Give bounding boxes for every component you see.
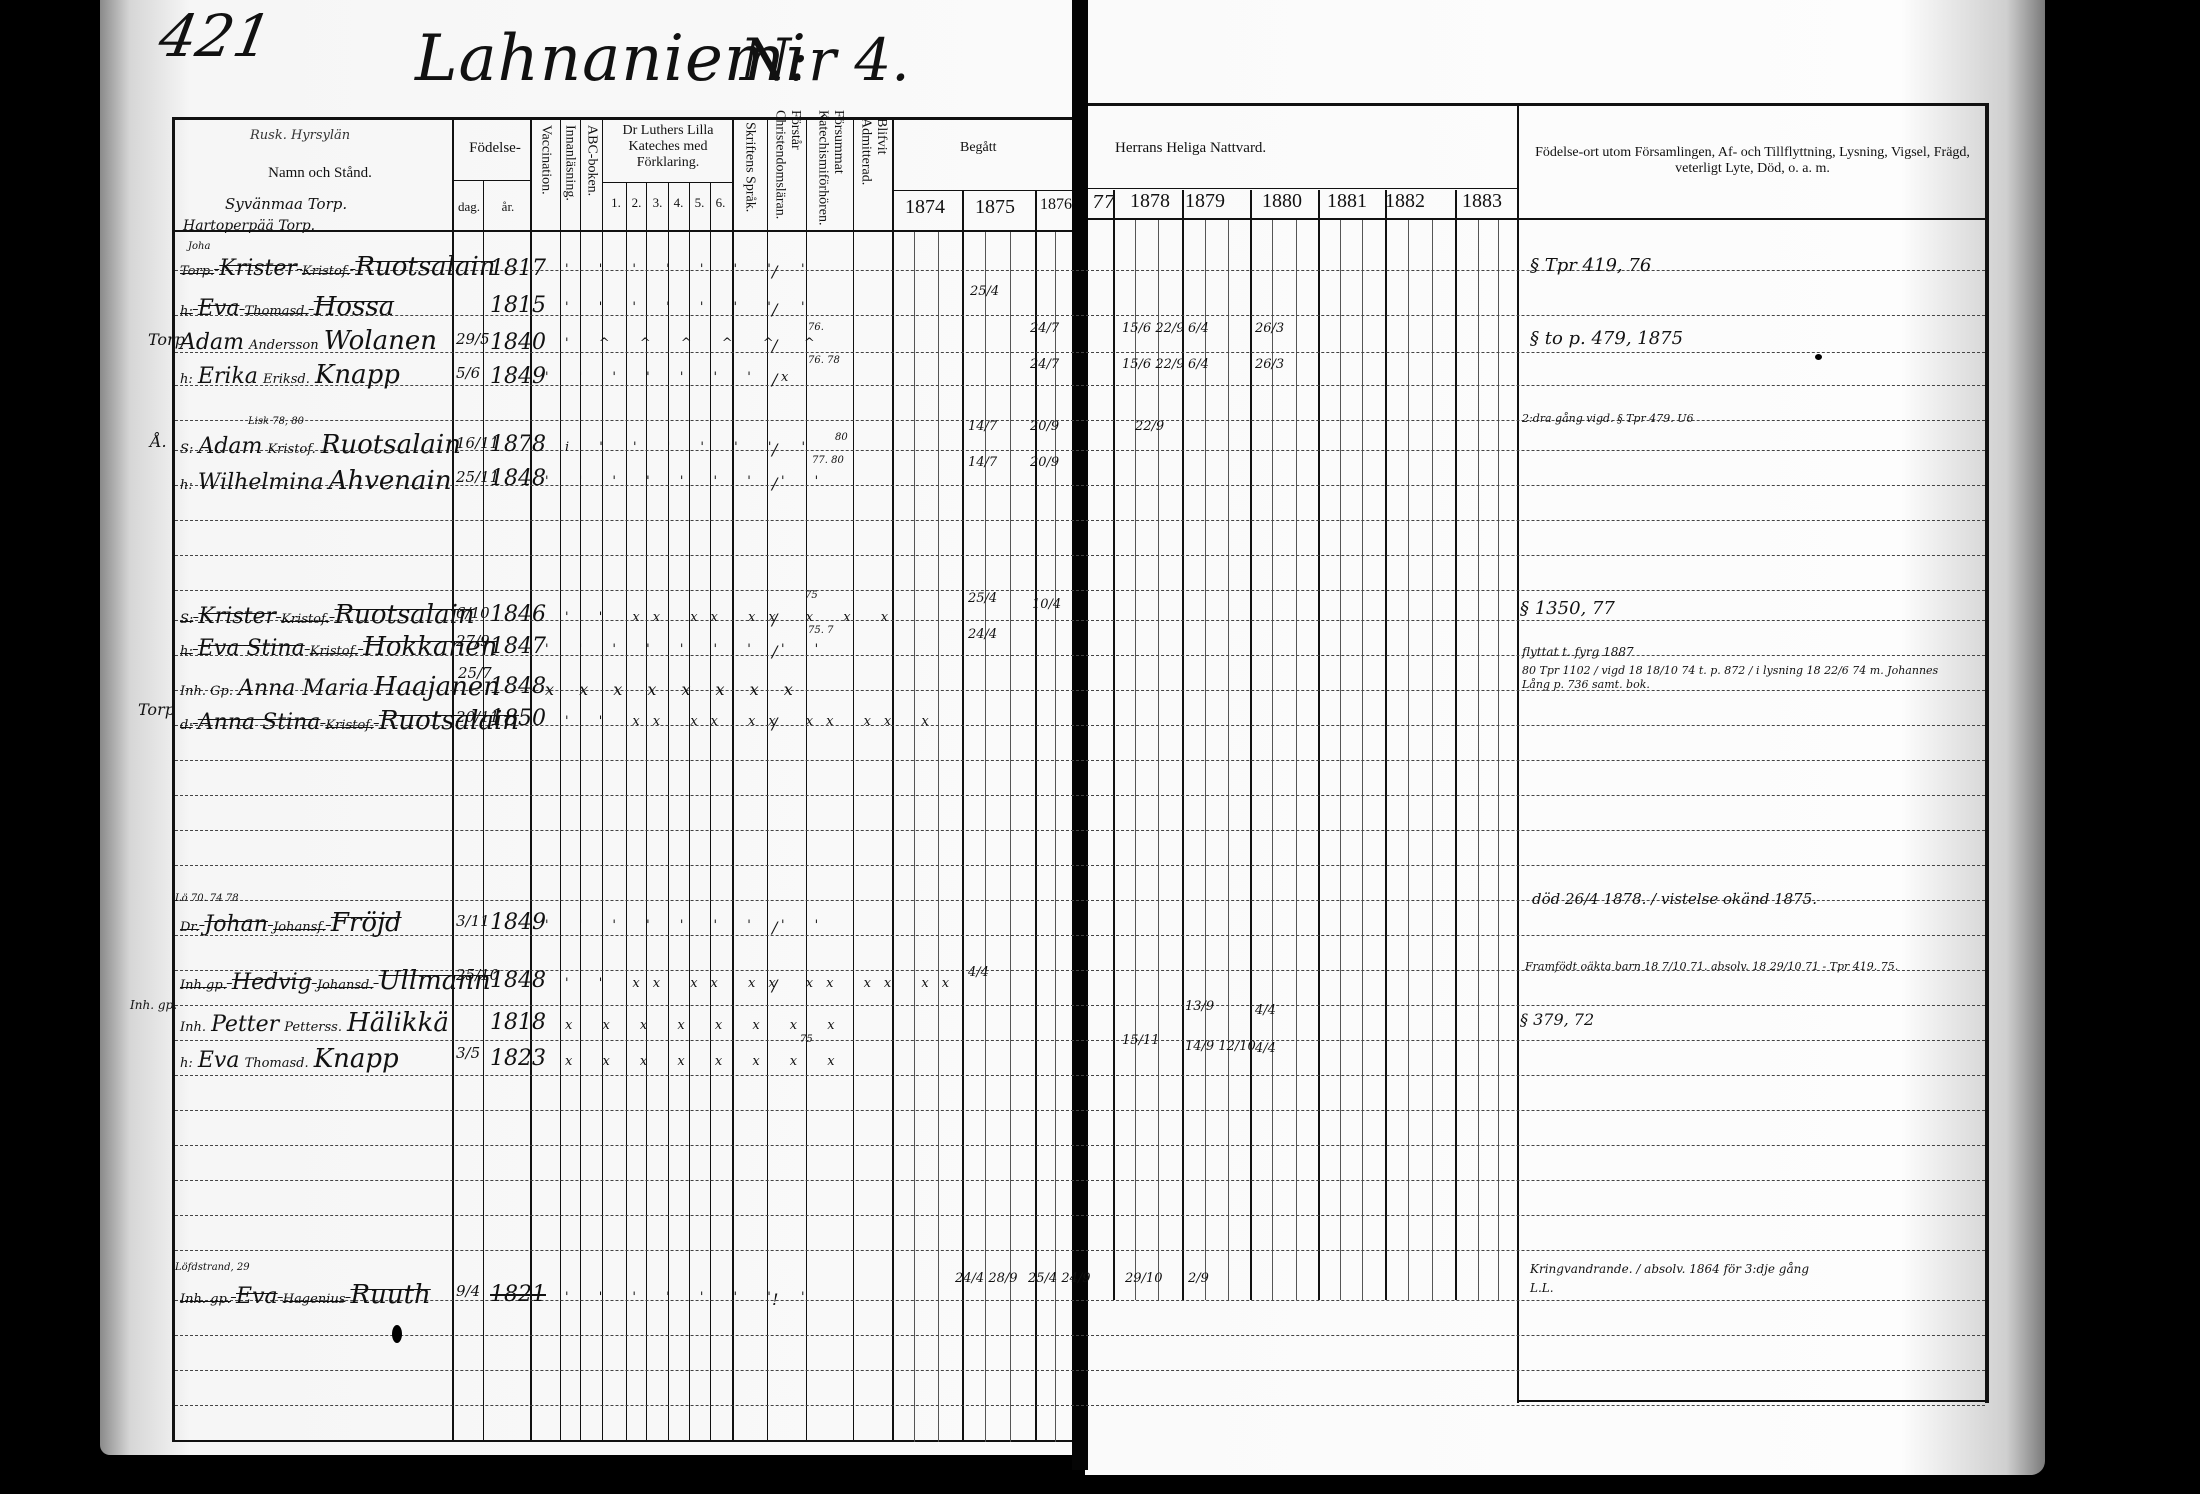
cell-text: Inh. gp. xyxy=(130,998,177,1012)
row-rule xyxy=(175,1180,1985,1181)
table-bottom-border xyxy=(172,1440,1072,1442)
header-admitted: Blifvit Admitterad. xyxy=(858,118,889,218)
cell-text: Wolanen xyxy=(324,326,437,356)
cell-text: Petter xyxy=(211,1012,279,1037)
communion-date: 10/4 xyxy=(1032,598,1061,611)
cell-text: Knapp xyxy=(314,1044,399,1074)
row-rule xyxy=(175,1005,1985,1006)
row-rule xyxy=(175,935,1985,936)
header-scripture-language: Skriftens Språk. xyxy=(742,122,757,227)
year-1874: 1874 xyxy=(905,196,945,219)
remark: flyttat t. fyrg 1887 xyxy=(1522,645,1634,659)
table-rule xyxy=(1010,232,1011,1442)
table-rule xyxy=(914,232,915,1442)
table-rule xyxy=(985,232,986,1442)
birth-year: 1840 xyxy=(490,330,546,355)
cell-text: Anna Stina xyxy=(198,710,321,735)
cell-text: / xyxy=(772,610,777,629)
header-vaccination: Vaccination. xyxy=(538,125,553,225)
table-rule xyxy=(1250,190,1252,1300)
cell-text: Thomasd. xyxy=(245,1056,309,1071)
communion-date: 25/4 xyxy=(970,285,999,298)
cell-text: Johansf. xyxy=(273,920,326,935)
knowledge-marks: ' ' xx xx xx xx xx xx xyxy=(565,976,962,991)
cell-text: Johansd. xyxy=(317,978,374,993)
cell-text: Petterss. xyxy=(284,1020,342,1035)
cell-text: Hossa xyxy=(314,292,395,322)
communion-date: 29/10 xyxy=(1125,1272,1162,1285)
birth-year: 1850 xyxy=(490,706,546,731)
communion-date: 13/9 xyxy=(1185,1000,1214,1013)
birth-year: 1878 xyxy=(490,432,546,457)
cell-text: 1. xyxy=(606,195,626,211)
table-rule xyxy=(1035,190,1037,1442)
cell-text: Ruotsalain xyxy=(321,430,461,460)
cell-text: 80 xyxy=(835,432,848,443)
person-name: Dr. Johan Johansf. Fröjd xyxy=(180,908,402,938)
cell-text: Eva xyxy=(198,296,240,321)
cell-text: Thomasd. xyxy=(245,304,309,319)
row-rule xyxy=(175,1145,1985,1146)
cell-text: / xyxy=(772,714,777,733)
communion-date: 14/7 xyxy=(968,456,997,469)
cell-text: Joha xyxy=(188,241,210,252)
cell-text: Andersson xyxy=(249,338,319,353)
communion-date: 24/4 28/9 xyxy=(955,1272,1018,1285)
communion-date: 22/9 xyxy=(1135,420,1164,433)
cell-text: / xyxy=(772,642,777,661)
year-1879: 1879 xyxy=(1185,190,1225,213)
cell-text: 75 xyxy=(800,1034,813,1045)
cell-text: Krister xyxy=(198,604,276,629)
knowledge-marks: ' ' ' ' ' ' ' ' ' xyxy=(545,918,831,933)
row-rule xyxy=(175,1040,1985,1041)
birth-year: 1847 xyxy=(490,634,546,659)
cell-text: / xyxy=(772,918,777,937)
table-rule xyxy=(1055,232,1056,1442)
birth-year: 1821 xyxy=(490,1282,546,1307)
cell-text: Eva Stina xyxy=(198,636,305,661)
person-name: Inh. Petter Petterss. Hälikkä xyxy=(180,1008,449,1038)
cell-text: Anna Maria xyxy=(238,676,369,701)
cell-text: Johan xyxy=(204,912,268,937)
knowledge-marks: ' ' ' ' ' ' ' ' ' xyxy=(545,474,831,489)
person-name: Inh. Gp. Anna Maria Haajanen xyxy=(180,672,500,702)
row-rule xyxy=(175,1370,1985,1371)
cell-text: 2. xyxy=(626,195,647,211)
header-reading: Innanläsning. xyxy=(562,125,577,225)
communion-date: 2/9 xyxy=(1188,1272,1209,1285)
knowledge-marks: ' ' ' ' ' ' ' ' ' xyxy=(545,642,831,657)
table-rule xyxy=(1517,1400,1989,1402)
person-name: h: Wilhelmina Ahvenain xyxy=(180,466,452,496)
header-communion-a: Begått xyxy=(960,140,997,156)
row-rule xyxy=(175,1110,1985,1111)
person-name: Inh.gp. Hedvig Johansd. Ullmann xyxy=(180,966,491,996)
cell-text: Kristof. xyxy=(310,644,358,659)
header-catechism: Dr Luthers Lilla Kateches med Förklaring… xyxy=(606,123,730,171)
year-1878: 1878 xyxy=(1130,190,1170,213)
communion-date: 24/7 xyxy=(1030,322,1059,335)
communion-date: 4/4 xyxy=(1255,1004,1276,1017)
row-rule xyxy=(175,520,1985,521)
birth-year: 1846 xyxy=(490,602,546,627)
row-rule xyxy=(175,420,1985,421)
cell-text: Wilhelmina xyxy=(198,470,324,495)
table-rule xyxy=(602,182,732,183)
communion-date: 24/4 xyxy=(968,628,997,641)
remark: § 379, 72 xyxy=(1520,1010,1594,1029)
cell-text: Kristof. xyxy=(281,612,329,627)
header-understands-doctrine: Förstår Christendomsläran. xyxy=(772,110,803,230)
knowledge-marks: ' ' ' ' ' ' ' ' xyxy=(565,1290,818,1305)
cell-text: Knapp xyxy=(315,360,400,390)
knowledge-marks: x x x x x x x x xyxy=(565,1018,848,1033)
table-rule xyxy=(452,180,530,181)
cell-text: / xyxy=(772,976,777,995)
cell-text: h: xyxy=(180,644,193,659)
cell-text: Lö 70. 74 78 xyxy=(175,893,239,904)
cell-text: 75. 7 xyxy=(808,625,833,636)
birth-day: 27/9 xyxy=(456,632,490,650)
person-name: h: Erika Eriksd. Knapp xyxy=(180,360,400,390)
knowledge-marks: ' ' ' ' ' ' ' ' xyxy=(565,300,818,315)
cell-text: 77. 80 xyxy=(812,455,844,466)
year-1877-fragment: 77 xyxy=(1092,192,1115,213)
cell-text: h: xyxy=(180,1056,193,1071)
birth-day: 6/10 xyxy=(456,604,490,622)
communion-date: 26/3 xyxy=(1255,358,1284,371)
cell-text: d: xyxy=(180,718,193,733)
cell-text: Inh. xyxy=(180,1020,206,1035)
birth-day: 25/7 xyxy=(458,664,492,682)
communion-date: 20/9 xyxy=(1030,420,1059,433)
year-1876: 1876 xyxy=(1040,196,1072,214)
communion-date: 6/4 xyxy=(1188,322,1209,335)
year-1882: 1882 xyxy=(1385,190,1425,213)
communion-date: 20/9 xyxy=(1030,456,1059,469)
communion-date: 14/7 xyxy=(968,420,997,433)
communion-date: 25/4 24/9 xyxy=(1028,1272,1091,1285)
communion-date: 6/4 xyxy=(1188,358,1209,371)
cell-text: Ruuth xyxy=(351,1280,431,1310)
header-name: Namn och Stånd. xyxy=(240,165,400,182)
table-rule xyxy=(1088,188,1518,189)
birth-day: 9/4 xyxy=(456,1282,480,1300)
communion-date: 15/11 xyxy=(1122,1034,1159,1047)
cell-text: Ruotsalain xyxy=(355,252,495,282)
birth-day: 3/5 xyxy=(456,1044,480,1062)
remark: § 1350, 77 xyxy=(1520,598,1615,619)
row-rule xyxy=(175,315,1985,316)
header-remarks: Födelse-ort utom Församlingen, Af- och T… xyxy=(1525,145,1980,177)
cell-text: Inh. Gp. xyxy=(180,684,233,699)
cell-text: Adam xyxy=(180,330,244,355)
cell-text: 4. xyxy=(668,195,689,211)
cell-text: 3. xyxy=(647,195,668,211)
communion-date: 4/4 xyxy=(1255,1042,1276,1055)
cell-text: / xyxy=(772,440,777,459)
birth-year: 1849 xyxy=(490,910,546,935)
cell-text: Eva xyxy=(236,1284,278,1309)
cell-text: h: xyxy=(180,478,193,493)
table-rule xyxy=(1385,190,1387,1300)
cell-text: Lisk 78, 80 xyxy=(248,416,304,427)
communion-date: 4/4 xyxy=(968,966,989,979)
communion-date: 24/7 xyxy=(1030,358,1059,371)
birth-day: 5/6 xyxy=(456,364,480,382)
cell-text: / xyxy=(772,262,777,281)
cell-text: Kristof. xyxy=(302,264,350,279)
row-rule xyxy=(175,1405,1985,1406)
communion-date: 15/6 22/9 xyxy=(1122,322,1185,335)
birth-year: 1818 xyxy=(490,1010,546,1035)
row-rule xyxy=(175,1250,1985,1251)
cell-text: Hedvig xyxy=(232,970,312,995)
year-1880: 1880 xyxy=(1262,190,1302,213)
row-rule xyxy=(175,590,1985,591)
birth-year: 1848 xyxy=(490,968,546,993)
communion-date: 25/4 xyxy=(968,592,997,605)
row-rule xyxy=(175,830,1985,831)
cell-text: / xyxy=(772,300,777,319)
birth-year: 1848 xyxy=(490,466,546,491)
header-missed-catechesis: Försummat Katechismiförhören. xyxy=(815,110,846,230)
ink-blot xyxy=(392,1325,402,1343)
name-sub2: Hartoperpää Torp. xyxy=(183,218,315,234)
row-rule xyxy=(175,385,1985,386)
cell-text: Löfdstrand, 29 xyxy=(175,1262,250,1273)
birth-year: 1848 xyxy=(490,674,546,699)
person-name: S: Adam Kristof. Ruotsalain xyxy=(180,430,461,460)
person-name: h: Eva Stina Kristof. Hokkanen xyxy=(180,632,497,662)
cell-text: / xyxy=(772,336,777,355)
table-top-border xyxy=(172,117,1072,120)
person-name: Adam Andersson Wolanen xyxy=(180,326,437,356)
cell-text: Dr. xyxy=(180,920,199,935)
right-page xyxy=(1085,0,2045,1475)
person-name: S: Krister Kristof. Ruotsalain xyxy=(180,600,475,630)
cell-text: Inh.gp. xyxy=(180,978,227,993)
cell-text: Eriksd. xyxy=(263,372,310,387)
knowledge-marks: ' ' ' ' ' ' ' ' xyxy=(565,262,818,277)
cell-text: Kristof. xyxy=(267,442,315,457)
cell-text: Inh. gp. xyxy=(180,1292,231,1307)
remark: Kringvandrande. / absolv. 1864 för 3:dje… xyxy=(1530,1260,1830,1298)
header-birth-day: dag. xyxy=(454,200,484,215)
cell-text: Kristof. xyxy=(325,718,373,733)
header-communion-b: Herrans Heliga Nattvard. xyxy=(1115,140,1266,157)
name-header-note: Rusk. Hyrsylän xyxy=(250,128,350,143)
year-1883: 1883 xyxy=(1462,190,1502,213)
cell-text: ! xyxy=(772,1290,778,1309)
row-rule xyxy=(175,352,1985,353)
remark: 80 Tpr 1102 / vigd 18 18/10 74 t. p. 872… xyxy=(1522,664,1962,693)
cell-text: Ahvenain xyxy=(329,466,452,496)
remark: 2:dra gång vigd. § Tpr 479. U6 xyxy=(1522,412,1693,425)
table-rule xyxy=(1113,190,1115,1300)
ink-blot xyxy=(1815,354,1822,360)
cell-text: / xyxy=(772,370,777,389)
farm-number: N:r 4. xyxy=(740,26,910,94)
table-rule xyxy=(1985,103,1989,1403)
knowledge-marks: x x x x x x x x xyxy=(545,680,803,699)
person-name: h: Eva Thomasd. Knapp xyxy=(180,1044,399,1074)
knowledge-marks: ' ' ' ' ' ' ' x xyxy=(545,370,801,385)
row-rule xyxy=(175,1335,1985,1336)
table-rule xyxy=(483,180,484,1442)
page-number: 421 xyxy=(154,2,277,70)
remark: död 26/4 1878. / vistelse okänd 1875. xyxy=(1532,888,1817,911)
cell-text: Erika xyxy=(198,364,258,389)
cell-text: h: xyxy=(180,304,193,319)
header-birth-year: år. xyxy=(486,200,530,215)
cell-text: 6. xyxy=(710,195,731,211)
row-rule xyxy=(175,795,1985,796)
name-sub1: Syvänmaa Torp. xyxy=(225,195,347,213)
cell-text: Hälikkä xyxy=(347,1008,449,1038)
birth-year: 1815 xyxy=(490,293,546,318)
row-rule xyxy=(175,1215,1985,1216)
right-table-top xyxy=(1088,103,1988,106)
cell-text: Hagenius xyxy=(283,1292,346,1307)
birth-day: 3/11 xyxy=(456,912,490,930)
header-birth: Födelse- xyxy=(460,140,530,157)
table-rule xyxy=(1088,218,1988,220)
row-rule xyxy=(175,1075,1985,1076)
knowledge-marks: ' ' xx xx xx xx xx x xyxy=(565,714,942,729)
table-rule xyxy=(892,190,1072,191)
communion-date: 14/9 12/10 xyxy=(1185,1040,1256,1053)
person-name: h: Eva Thomasd. Hossa xyxy=(180,292,394,322)
table-rule xyxy=(938,232,939,1442)
cell-text: 75 xyxy=(805,590,818,601)
person-name: Inh. gp. Eva Hagenius Ruuth xyxy=(180,1280,431,1310)
cell-text: Å. xyxy=(150,432,167,451)
knowledge-marks: x x x x x x x x xyxy=(565,1054,848,1069)
person-name: Torp. Krister Kristof. Ruotsalain xyxy=(180,252,496,282)
cell-text: h: xyxy=(180,372,193,387)
birth-year: 1817 xyxy=(490,256,546,281)
table-rule xyxy=(1517,103,1519,1403)
remark: § Tpr 419, 76 xyxy=(1530,255,1651,276)
remark: Framfödt oäkta barn 18 7/10 71. absolv. … xyxy=(1525,958,1965,977)
row-rule xyxy=(175,865,1985,866)
cell-text: 76. 78 xyxy=(808,355,840,366)
birth-day: 29/5 xyxy=(456,330,490,348)
cell-text: S: xyxy=(180,612,193,627)
cell-text: Torp xyxy=(138,700,175,719)
row-rule xyxy=(175,555,1985,556)
cell-text: Torp. xyxy=(180,264,214,279)
cell-text: / xyxy=(772,474,777,493)
cell-text: Fröjd xyxy=(331,908,402,938)
cell-text: Adam xyxy=(198,434,262,459)
cell-text: 76. xyxy=(808,322,824,333)
header-abc: ABC-boken. xyxy=(584,125,599,225)
remark: § to p. 479, 1875 xyxy=(1530,328,1683,349)
knowledge-marks: ' ' xx xx xx x x x xyxy=(565,610,901,625)
birth-year: 1849 xyxy=(490,364,546,389)
knowledge-marks: ' ^ ^ ^ ^ ^ ^ xyxy=(565,336,828,351)
communion-date: 26/3 xyxy=(1255,322,1284,335)
cell-text: Krister xyxy=(219,256,297,281)
year-1875: 1875 xyxy=(975,196,1015,219)
communion-date: 15/6 22/9 xyxy=(1122,358,1185,371)
year-1881: 1881 xyxy=(1327,190,1367,213)
table-rule xyxy=(1455,190,1457,1300)
row-rule xyxy=(175,1300,1985,1301)
birth-year: 1823 xyxy=(490,1046,546,1071)
cell-text: S: xyxy=(180,442,193,457)
cell-text: Ruotsalain xyxy=(335,600,475,630)
cell-text: 5. xyxy=(689,195,710,211)
table-rule xyxy=(1318,190,1320,1300)
row-rule xyxy=(175,760,1985,761)
cell-text: Eva xyxy=(198,1048,240,1073)
knowledge-marks: i ' ' ' ' ' ' ' xyxy=(565,440,818,455)
table-rule xyxy=(962,190,964,1442)
catechism-parts: 1. 2. 3. 4. 5. 6. xyxy=(606,195,732,211)
